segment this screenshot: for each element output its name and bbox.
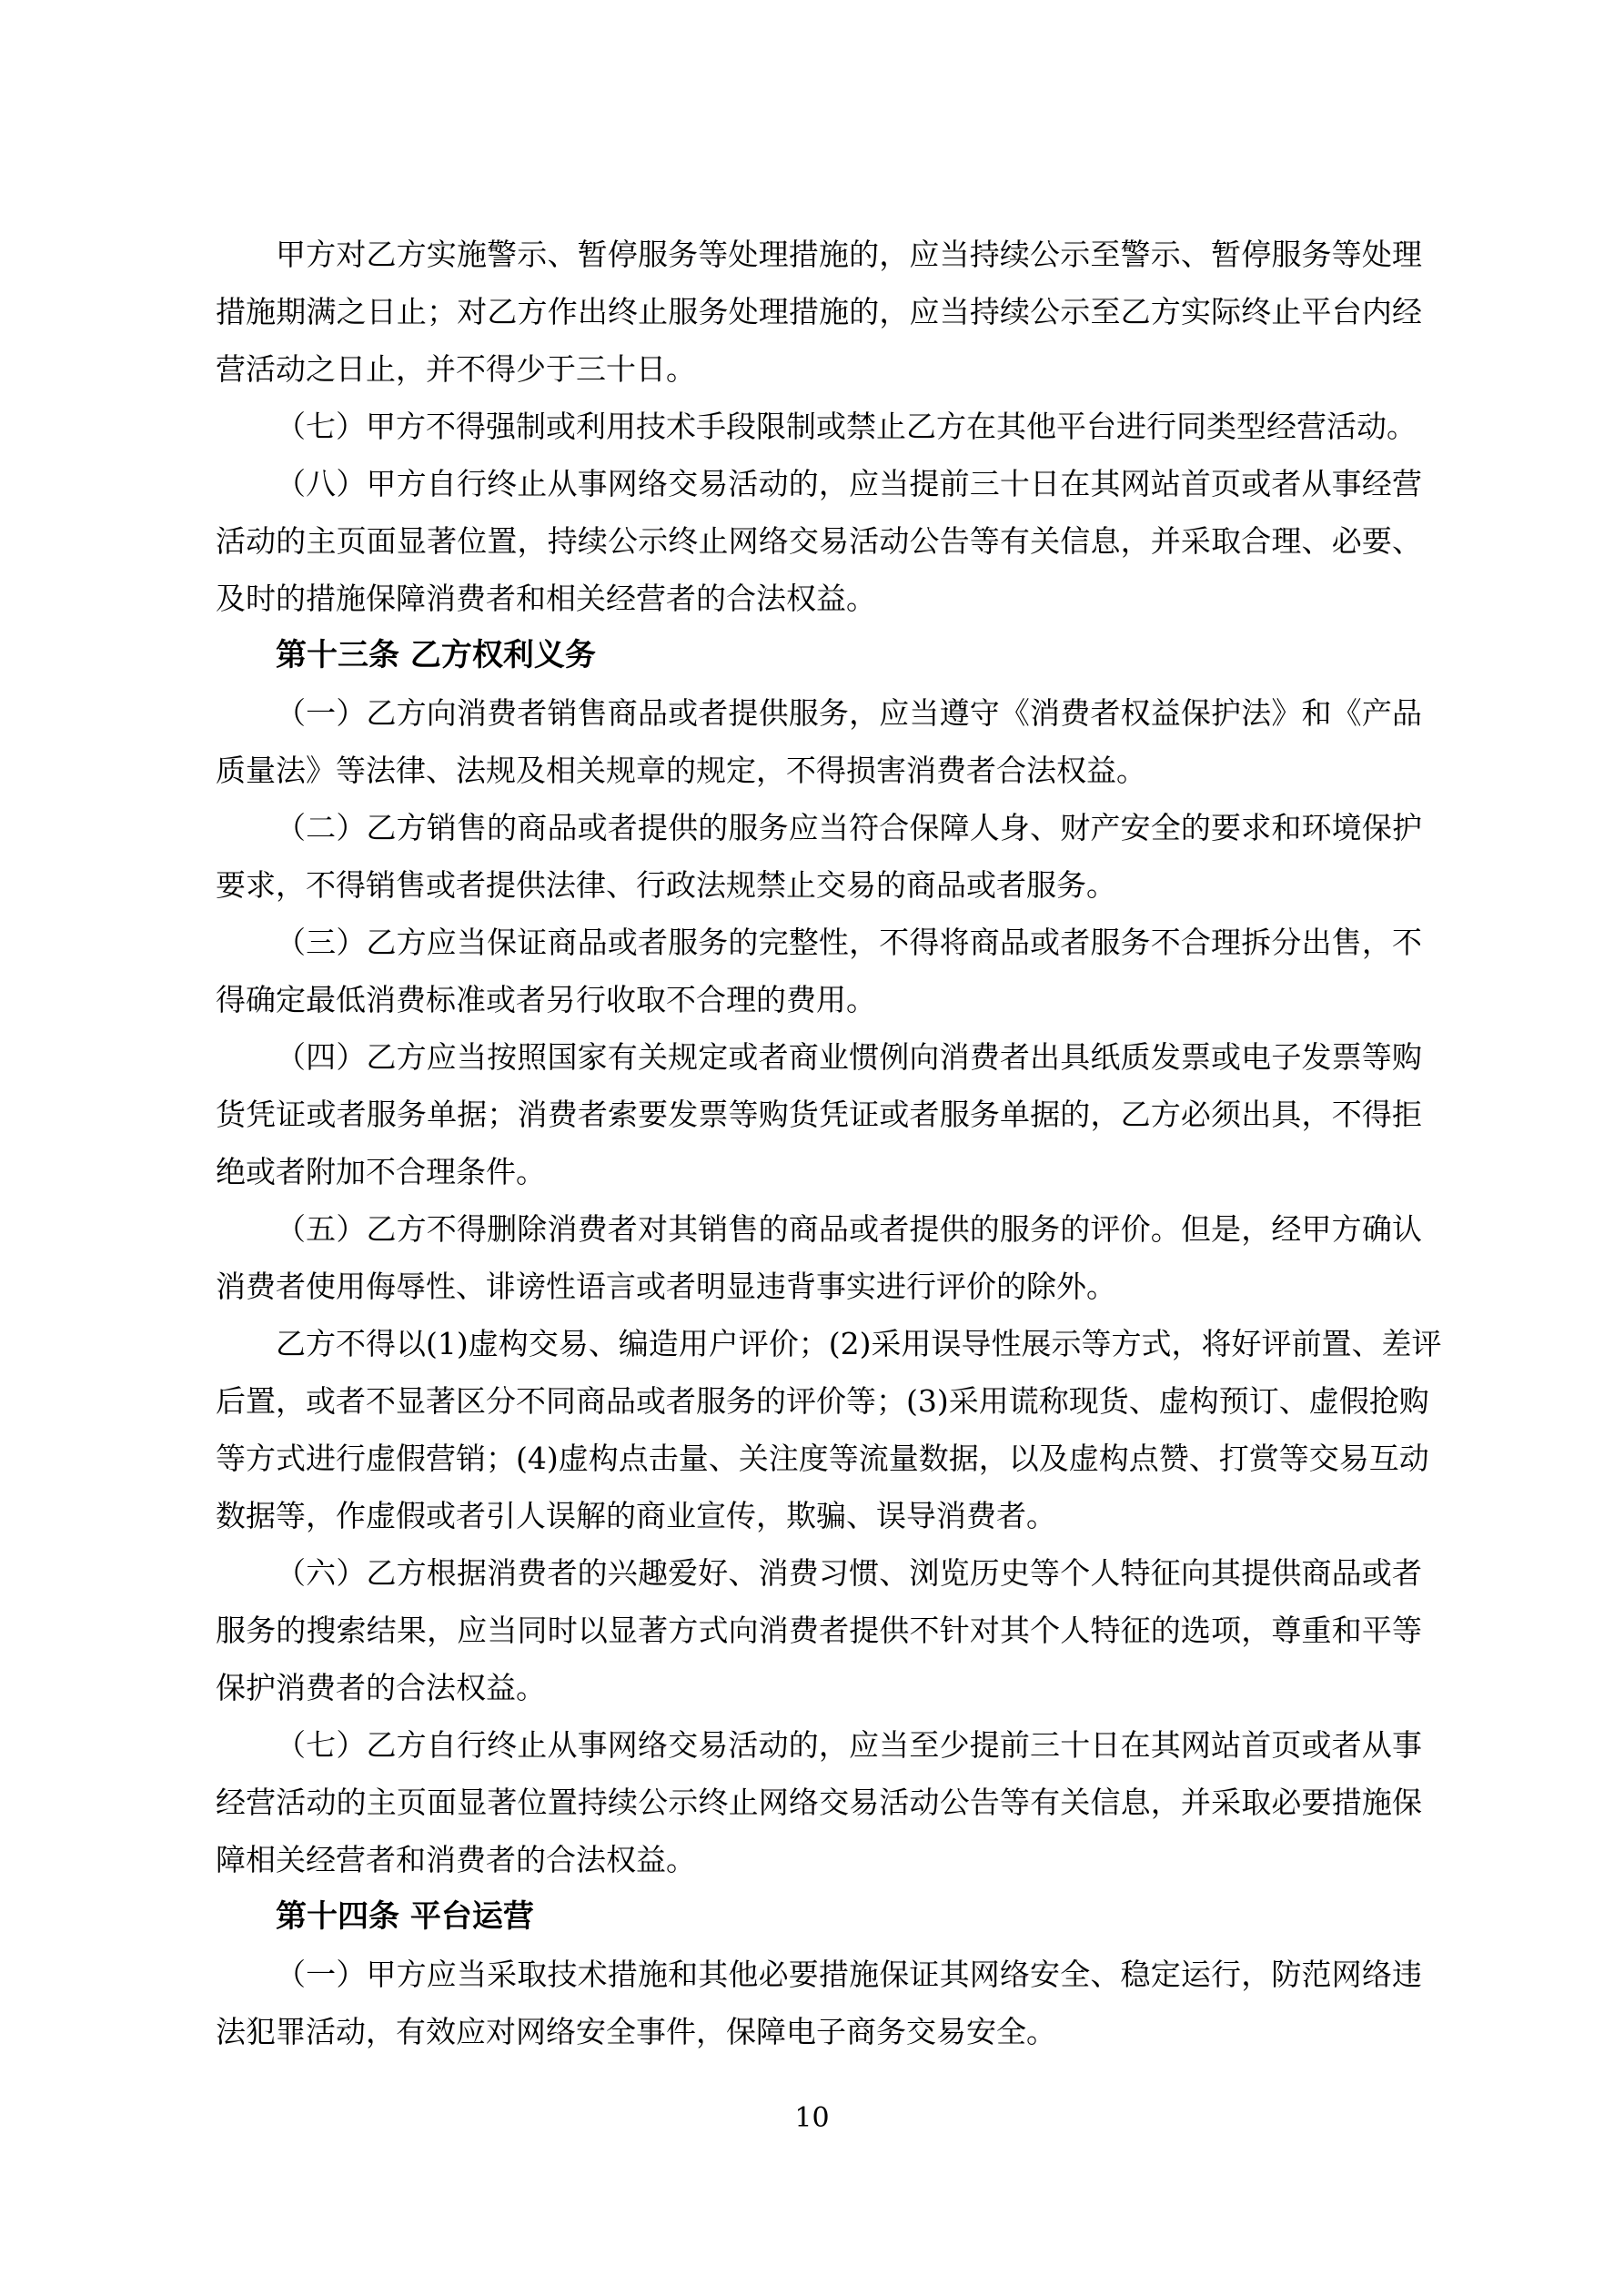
paragraph-line: （六）乙方根据消费者的兴趣爱好、消费习惯、浏览历史等个人特征向其提供商品或者 bbox=[216, 1544, 1422, 1602]
paragraph-line: （七）乙方自行终止从事网络交易活动的，应当至少提前三十日在其网站首页或者从事 bbox=[216, 1716, 1422, 1774]
paragraph-line: 甲方对乙方实施警示、暂停服务等处理措施的，应当持续公示至警示、暂停服务等处理 bbox=[216, 226, 1422, 283]
paragraph-line: 得确定最低消费标准或者另行收取不合理的费用。 bbox=[216, 971, 1422, 1028]
paragraph-line: 后置，或者不显著区分不同商品或者服务的评价等；(3)采用谎称现货、虚构预订、虚假… bbox=[216, 1372, 1422, 1430]
paragraph-line: （五）乙方不得删除消费者对其销售的商品或者提供的服务的评价。但是，经甲方确认 bbox=[216, 1200, 1422, 1258]
paragraph-line: 营活动之日止，并不得少于三十日。 bbox=[216, 340, 1422, 398]
paragraph-line: 服务的搜索结果，应当同时以显著方式向消费者提供不针对其个人特征的选项，尊重和平等 bbox=[216, 1602, 1422, 1659]
paragraph-line: （八）甲方自行终止从事网络交易活动的，应当提前三十日在其网站首页或者从事经营 bbox=[216, 455, 1422, 512]
paragraph-line: （四）乙方应当按照国家有关规定或者商业惯例向消费者出具纸质发票或电子发票等购 bbox=[216, 1028, 1422, 1086]
paragraph-line: （二）乙方销售的商品或者提供的服务应当符合保障人身、财产安全的要求和环境保护 bbox=[216, 799, 1422, 856]
page-number: 10 bbox=[794, 2102, 829, 2134]
paragraph-line: （一）甲方应当采取技术措施和其他必要措施保证其网络安全、稳定运行，防范网络违 bbox=[216, 1946, 1422, 2003]
paragraph-line: 质量法》等法律、法规及相关规章的规定，不得损害消费者合法权益。 bbox=[216, 742, 1422, 799]
paragraph-line: 数据等，作虚假或者引人误解的商业宣传，欺骗、误导消费者。 bbox=[216, 1487, 1422, 1544]
paragraph-line: 措施期满之日止；对乙方作出终止服务处理措施的，应当持续公示至乙方实际终止平台内经 bbox=[216, 283, 1422, 340]
contract-document-page: 甲方对乙方实施警示、暂停服务等处理措施的，应当持续公示至警示、暂停服务等处理措施… bbox=[0, 0, 1624, 2296]
paragraph-line: 乙方不得以(1)虚构交易、编造用户评价；(2)采用误导性展示等方式，将好评前置、… bbox=[216, 1315, 1422, 1372]
page-footer: 10 bbox=[0, 2102, 1624, 2134]
paragraph-line: 要求，不得销售或者提供法律、行政法规禁止交易的商品或者服务。 bbox=[216, 856, 1422, 914]
paragraph-line: 活动的主页面显著位置，持续公示终止网络交易活动公告等有关信息，并采取合理、必要、 bbox=[216, 512, 1422, 570]
paragraph-line: 障相关经营者和消费者的合法权益。 bbox=[216, 1831, 1422, 1888]
contract-body-text: 甲方对乙方实施警示、暂停服务等处理措施的，应当持续公示至警示、暂停服务等处理措施… bbox=[216, 226, 1422, 2060]
paragraph-line: （三）乙方应当保证商品或者服务的完整性，不得将商品或者服务不合理拆分出售，不 bbox=[216, 914, 1422, 971]
paragraph-line: 及时的措施保障消费者和相关经营者的合法权益。 bbox=[216, 570, 1422, 627]
paragraph-line: （七）甲方不得强制或利用技术手段限制或禁止乙方在其他平台进行同类型经营活动。 bbox=[216, 398, 1422, 455]
paragraph-line: 经营活动的主页面显著位置持续公示终止网络交易活动公告等有关信息，并采取必要措施保 bbox=[216, 1774, 1422, 1831]
paragraph-line: 绝或者附加不合理条件。 bbox=[216, 1143, 1422, 1200]
paragraph-line: 保护消费者的合法权益。 bbox=[216, 1659, 1422, 1716]
paragraph-line: 等方式进行虚假营销；(4)虚构点击量、关注度等流量数据，以及虚构点赞、打赏等交易… bbox=[216, 1430, 1422, 1487]
paragraph-line: （一）乙方向消费者销售商品或者提供服务，应当遵守《消费者权益保护法》和《产品 bbox=[216, 684, 1422, 742]
paragraph-line: 消费者使用侮辱性、诽谤性语言或者明显违背事实进行评价的除外。 bbox=[216, 1258, 1422, 1315]
section-heading: 第十四条 平台运营 bbox=[216, 1888, 1422, 1946]
paragraph-line: 货凭证或者服务单据；消费者索要发票等购货凭证或者服务单据的，乙方必须出具，不得拒 bbox=[216, 1086, 1422, 1143]
section-heading: 第十三条 乙方权利义务 bbox=[216, 627, 1422, 684]
paragraph-line: 法犯罪活动，有效应对网络安全事件，保障电子商务交易安全。 bbox=[216, 2003, 1422, 2060]
